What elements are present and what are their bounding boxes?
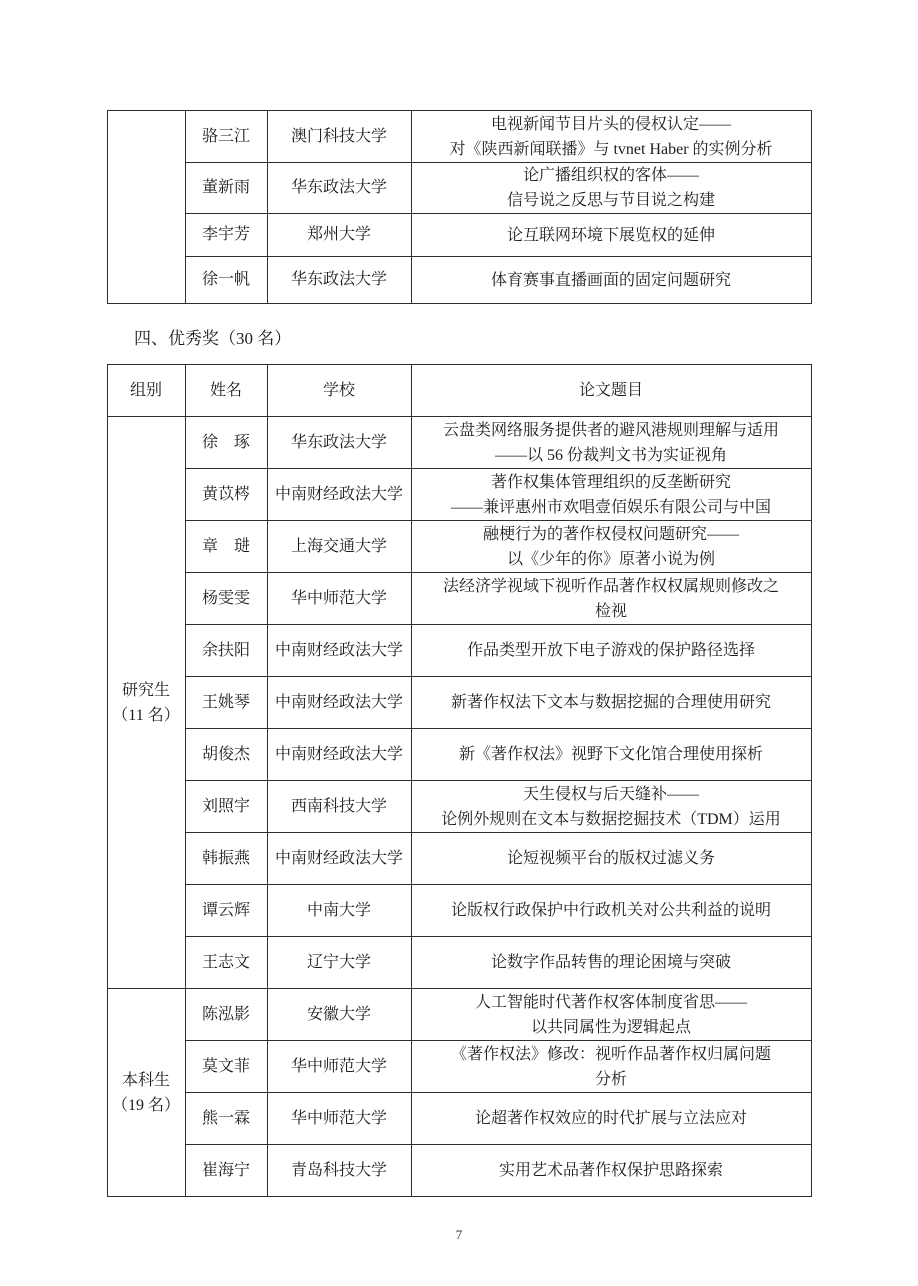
school-cell: 华东政法大学 [267, 163, 411, 214]
title-line: 新著作权法下文本与数据挖掘的合理使用研究 [451, 690, 771, 715]
table-row: 王姚琴 中南财经政法大学 新著作权法下文本与数据挖掘的合理使用研究 [107, 677, 811, 729]
school-cell: 中南财经政法大学 [267, 625, 411, 677]
name-cell: 谭云辉 [185, 885, 267, 937]
title-line: 电视新闻节目片头的侵权认定—— [491, 112, 731, 137]
award-table: 组别 姓名 学校 论文题目 研究生 （11 名） 徐 琢 华东政法大学 云盘类网… [107, 364, 812, 1197]
document-page: 骆三江 澳门科技大学 电视新闻节目片头的侵权认定—— 对《陕西新闻联播》与 tv… [0, 0, 918, 1286]
table-row: 崔海宁 青岛科技大学 实用艺术品著作权保护思路探索 [107, 1145, 811, 1197]
title-cell: 作品类型开放下电子游戏的保护路径选择 [411, 625, 811, 677]
title-cell: 《著作权法》修改：视听作品著作权归属问题 分析 [411, 1041, 811, 1093]
title-line: 体育赛事直播画面的固定问题研究 [491, 268, 731, 293]
school-cell: 郑州大学 [267, 214, 411, 257]
title-cell: 实用艺术品著作权保护思路探索 [411, 1145, 811, 1197]
school-cell: 青岛科技大学 [267, 1145, 411, 1197]
title-line: 作品类型开放下电子游戏的保护路径选择 [467, 638, 755, 663]
name-cell: 骆三江 [185, 111, 267, 163]
school-cell: 辽宁大学 [267, 937, 411, 989]
school-cell: 华中师范大学 [267, 1041, 411, 1093]
title-line: 新《著作权法》视野下文化馆合理使用探析 [459, 742, 763, 767]
school-cell: 中南财经政法大学 [267, 469, 411, 521]
name-cell: 杨雯雯 [185, 573, 267, 625]
table-row: 谭云辉 中南大学 论版权行政保护中行政机关对公共利益的说明 [107, 885, 811, 937]
title-cell: 论短视频平台的版权过滤义务 [411, 833, 811, 885]
table-row: 余扶阳 中南财经政法大学 作品类型开放下电子游戏的保护路径选择 [107, 625, 811, 677]
title-line: 人工智能时代著作权客体制度省思—— [475, 990, 747, 1015]
name-cell: 韩振燕 [185, 833, 267, 885]
title-line: 论数字作品转售的理论困境与突破 [491, 950, 731, 975]
title-line: 分析 [595, 1067, 627, 1092]
title-line: 以共同属性为逻辑起点 [531, 1015, 691, 1040]
school-cell: 西南科技大学 [267, 781, 411, 833]
title-line: 论短视频平台的版权过滤义务 [507, 846, 715, 871]
title-line: 云盘类网络服务提供者的避风港规则理解与适用 [443, 418, 779, 443]
header-name: 姓名 [185, 365, 267, 417]
table-row: 莫文菲 华中师范大学 《著作权法》修改：视听作品著作权归属问题 分析 [107, 1041, 811, 1093]
title-line: 融梗行为的著作权侵权问题研究—— [483, 522, 739, 547]
title-line: 著作权集体管理组织的反垄断研究 [491, 470, 731, 495]
title-cell: 论版权行政保护中行政机关对公共利益的说明 [411, 885, 811, 937]
page-number: 7 [0, 1227, 918, 1243]
title-line: ——兼评惠州市欢唱壹佰娱乐有限公司与中国 [451, 495, 771, 520]
name-cell: 崔海宁 [185, 1145, 267, 1197]
title-line: 检视 [595, 599, 627, 624]
school-cell: 华东政法大学 [267, 257, 411, 304]
school-cell: 中南财经政法大学 [267, 833, 411, 885]
title-cell: 新《著作权法》视野下文化馆合理使用探析 [411, 729, 811, 781]
title-cell: 体育赛事直播画面的固定问题研究 [411, 257, 811, 304]
school-cell: 华东政法大学 [267, 417, 411, 469]
name-cell: 陈泓影 [185, 989, 267, 1041]
title-cell: 法经济学视域下视听作品著作权权属规则修改之 检视 [411, 573, 811, 625]
name-cell: 徐一帆 [185, 257, 267, 304]
table-row: 徐一帆 华东政法大学 体育赛事直播画面的固定问题研究 [107, 257, 811, 304]
name-cell: 刘照宇 [185, 781, 267, 833]
title-cell: 论广播组织权的客体—— 信号说之反思与节目说之构建 [411, 163, 811, 214]
title-line: 论例外规则在文本与数据挖掘技术（TDM）运用 [441, 807, 781, 832]
name-cell: 章 琎 [185, 521, 267, 573]
title-cell: 融梗行为的著作权侵权问题研究—— 以《少年的你》原著小说为例 [411, 521, 811, 573]
school-cell: 华中师范大学 [267, 1093, 411, 1145]
table-row: 胡俊杰 中南财经政法大学 新《著作权法》视野下文化馆合理使用探析 [107, 729, 811, 781]
table-row: 骆三江 澳门科技大学 电视新闻节目片头的侵权认定—— 对《陕西新闻联播》与 tv… [107, 111, 811, 163]
table-row: 熊一霖 华中师范大学 论超著作权效应的时代扩展与立法应对 [107, 1093, 811, 1145]
title-cell: 论互联网环境下展览权的延伸 [411, 214, 811, 257]
school-cell: 华中师范大学 [267, 573, 411, 625]
header-school: 学校 [267, 365, 411, 417]
section-heading: 四、优秀奖（30 名） [107, 327, 811, 351]
title-line: 天生侵权与后天缝补—— [523, 782, 699, 807]
name-cell: 王姚琴 [185, 677, 267, 729]
table-row: 李宇芳 郑州大学 论互联网环境下展览权的延伸 [107, 214, 811, 257]
school-cell: 上海交通大学 [267, 521, 411, 573]
name-cell: 莫文菲 [185, 1041, 267, 1093]
title-line: 实用艺术品著作权保护思路探索 [499, 1158, 723, 1183]
name-cell: 李宇芳 [185, 214, 267, 257]
title-cell: 论数字作品转售的理论困境与突破 [411, 937, 811, 989]
table-row: 韩振燕 中南财经政法大学 论短视频平台的版权过滤义务 [107, 833, 811, 885]
name-cell: 黄苡梣 [185, 469, 267, 521]
school-cell: 中南财经政法大学 [267, 677, 411, 729]
title-line: 论版权行政保护中行政机关对公共利益的说明 [451, 898, 771, 923]
title-cell: 新著作权法下文本与数据挖掘的合理使用研究 [411, 677, 811, 729]
title-cell: 天生侵权与后天缝补—— 论例外规则在文本与数据挖掘技术（TDM）运用 [411, 781, 811, 833]
title-cell: 人工智能时代著作权客体制度省思—— 以共同属性为逻辑起点 [411, 989, 811, 1041]
name-cell: 余扶阳 [185, 625, 267, 677]
group-cell-undergraduate: 本科生 （19 名） [107, 989, 185, 1197]
title-line: 信号说之反思与节目说之构建 [507, 188, 715, 213]
title-line: 法经济学视域下视听作品著作权权属规则修改之 [443, 574, 779, 599]
name-cell: 熊一霖 [185, 1093, 267, 1145]
title-line: 论超著作权效应的时代扩展与立法应对 [475, 1106, 747, 1131]
name-cell: 王志文 [185, 937, 267, 989]
group-cell-empty [107, 111, 185, 304]
title-line: 《著作权法》修改：视听作品著作权归属问题 [451, 1042, 771, 1067]
title-cell: 云盘类网络服务提供者的避风港规则理解与适用 ——以 56 份裁判文书为实证视角 [411, 417, 811, 469]
title-line: 论广播组织权的客体—— [523, 163, 699, 188]
school-cell: 中南大学 [267, 885, 411, 937]
table-row: 章 琎 上海交通大学 融梗行为的著作权侵权问题研究—— 以《少年的你》原著小说为… [107, 521, 811, 573]
header-group: 组别 [107, 365, 185, 417]
group-label-line: 研究生 [122, 678, 170, 703]
title-line: 以《少年的你》原著小说为例 [507, 547, 715, 572]
name-cell: 徐 琢 [185, 417, 267, 469]
group-label-line: （19 名） [112, 1093, 180, 1118]
table-row: 研究生 （11 名） 徐 琢 华东政法大学 云盘类网络服务提供者的避风港规则理解… [107, 417, 811, 469]
name-cell: 胡俊杰 [185, 729, 267, 781]
table-row: 黄苡梣 中南财经政法大学 著作权集体管理组织的反垄断研究 ——兼评惠州市欢唱壹佰… [107, 469, 811, 521]
school-cell: 安徽大学 [267, 989, 411, 1041]
table-row: 本科生 （19 名） 陈泓影 安徽大学 人工智能时代著作权客体制度省思—— 以共… [107, 989, 811, 1041]
name-cell: 董新雨 [185, 163, 267, 214]
school-cell: 澳门科技大学 [267, 111, 411, 163]
title-cell: 论超著作权效应的时代扩展与立法应对 [411, 1093, 811, 1145]
title-line: 对《陕西新闻联播》与 tvnet Haber 的实例分析 [449, 137, 772, 162]
header-row: 组别 姓名 学校 论文题目 [107, 365, 811, 417]
group-label-line: 本科生 [122, 1068, 170, 1093]
continuation-table: 骆三江 澳门科技大学 电视新闻节目片头的侵权认定—— 对《陕西新闻联播》与 tv… [107, 110, 812, 304]
school-cell: 中南财经政法大学 [267, 729, 411, 781]
title-line: ——以 56 份裁判文书为实证视角 [495, 443, 727, 468]
title-cell: 电视新闻节目片头的侵权认定—— 对《陕西新闻联播》与 tvnet Haber 的… [411, 111, 811, 163]
table-row: 杨雯雯 华中师范大学 法经济学视域下视听作品著作权权属规则修改之 检视 [107, 573, 811, 625]
table-row: 王志文 辽宁大学 论数字作品转售的理论困境与突破 [107, 937, 811, 989]
group-cell-graduate: 研究生 （11 名） [107, 417, 185, 989]
header-title: 论文题目 [411, 365, 811, 417]
title-line: 论互联网环境下展览权的延伸 [507, 223, 715, 248]
table-row: 刘照宇 西南科技大学 天生侵权与后天缝补—— 论例外规则在文本与数据挖掘技术（T… [107, 781, 811, 833]
title-cell: 著作权集体管理组织的反垄断研究 ——兼评惠州市欢唱壹佰娱乐有限公司与中国 [411, 469, 811, 521]
table-row: 董新雨 华东政法大学 论广播组织权的客体—— 信号说之反思与节目说之构建 [107, 163, 811, 214]
group-label-line: （11 名） [112, 703, 179, 728]
